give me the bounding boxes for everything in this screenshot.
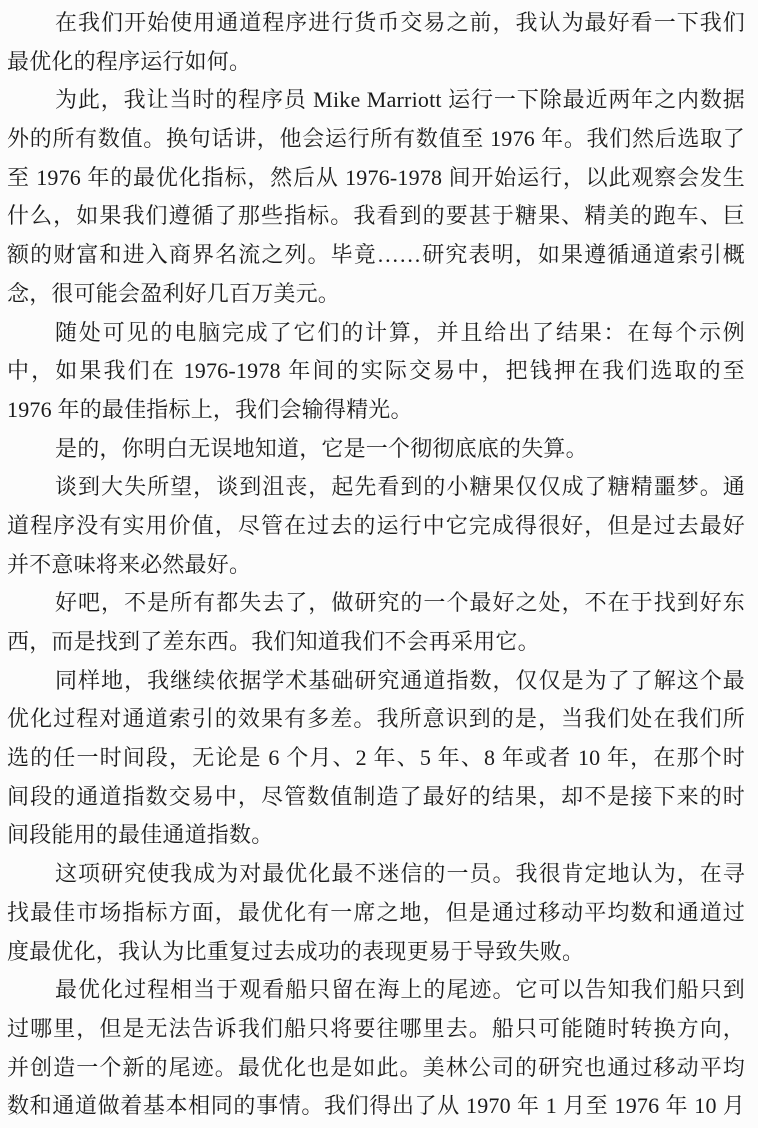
scanned-book-page: { "page": { "background": "#fcfcfc", "in… xyxy=(0,0,758,1128)
text-line: 外的所有数值。换句话讲，他会运行所有数值至 1976 年。我们然后选取了 xyxy=(7,120,745,159)
text-line: 谈到大失所望，谈到沮丧，起先看到的小糖果仅仅成了糖精噩梦。通 xyxy=(7,468,745,507)
body-text: 在我们开始使用通道程序进行货币交易之前，我认为最好看一下我们最优化的程序运行如何… xyxy=(7,4,745,1126)
page: 在我们开始使用通道程序进行货币交易之前，我认为最好看一下我们最优化的程序运行如何… xyxy=(0,0,758,1128)
text-line: 选的任一时间段，无论是 6 个月、2 年、5 年、8 年或者 10 年，在那个时 xyxy=(7,739,745,778)
text-line: 这项研究使我成为对最优化最不迷信的一员。我很肯定地认为，在寻 xyxy=(7,855,745,894)
text-line: 同样地，我继续依据学术基础研究通道指数，仅仅是为了了解这个最 xyxy=(7,662,745,701)
text-line: 什么，如果我们遵循了那些指标。我看到的要甚于糖果、精美的跑车、巨 xyxy=(7,197,745,236)
text-line: 过哪里，但是无法告诉我们船只将要往哪里去。船只可能随时转换方向， xyxy=(7,1010,745,1049)
text-line: 为此，我让当时的程序员 Mike Marriott 运行一下除最近两年之内数据 xyxy=(7,81,745,120)
text-line: 道程序没有实用价值，尽管在过去的运行中它完成得很好，但是过去最好 xyxy=(7,507,745,546)
text-line: 至 1976 年的最优化指标，然后从 1976-1978 间开始运行，以此观察会… xyxy=(7,159,745,198)
text-line: 随处可见的电脑完成了它们的计算，并且给出了结果：在每个示例 xyxy=(7,314,745,353)
text-line: 在我们开始使用通道程序进行货币交易之前，我认为最好看一下我们 xyxy=(7,4,745,43)
text-line: 中，如果我们在 1976-1978 年间的实际交易中，把钱押在我们选取的至 xyxy=(7,352,745,391)
text-line: 间段的通道指数交易中，尽管数值制造了最好的结果，却不是接下来的时 xyxy=(7,778,745,817)
text-line: 好吧，不是所有都失去了，做研究的一个最好之处，不在于找到好东 xyxy=(7,584,745,623)
text-line: 度最优化，我认为比重复过去成功的表现更易于导致失败。 xyxy=(7,933,745,972)
text-line: 间段能用的最佳通道指数。 xyxy=(7,816,745,855)
text-line: 1976 年的最佳指标上，我们会输得精光。 xyxy=(7,391,745,430)
text-line: 西，而是找到了差东西。我们知道我们不会再采用它。 xyxy=(7,623,745,662)
text-line: 是的，你明白无误地知道，它是一个彻彻底底的失算。 xyxy=(7,430,745,469)
text-line: 数和通道做着基本相同的事情。我们得出了从 1970 年 1 月至 1976 年 … xyxy=(7,1087,745,1126)
text-line: 念，很可能会盈利好几百万美元。 xyxy=(7,275,745,314)
text-line: 最优化的程序运行如何。 xyxy=(7,43,745,82)
text-line: 优化过程对通道索引的效果有多差。我所意识到的是，当我们处在我们所 xyxy=(7,700,745,739)
text-line: 最优化过程相当于观看船只留在海上的尾迹。它可以告知我们船只到 xyxy=(7,971,745,1010)
text-line: 额的财富和进入商界名流之列。毕竟……研究表明，如果遵循通道索引概 xyxy=(7,236,745,275)
text-line: 找最佳市场指标方面，最优化有一席之地，但是通过移动平均数和通道过 xyxy=(7,894,745,933)
text-line: 并创造一个新的尾迹。最优化也是如此。美林公司的研究也通过移动平均 xyxy=(7,1049,745,1088)
text-line: 并不意味将来必然最好。 xyxy=(7,546,745,585)
